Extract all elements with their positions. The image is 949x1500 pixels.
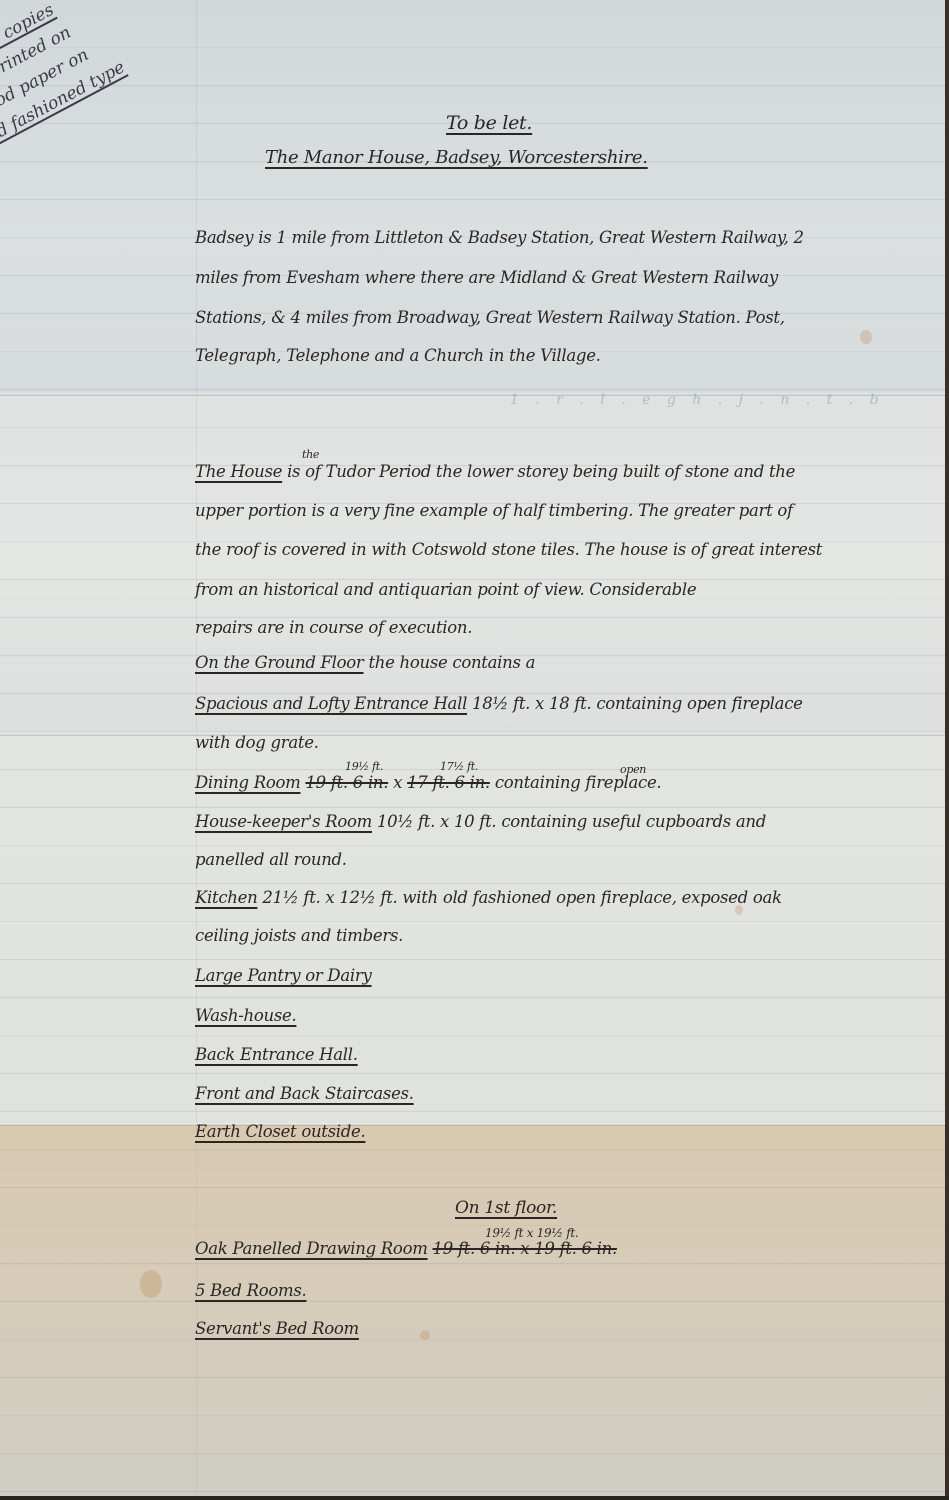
corrected-dimension: 17½ ft. — [440, 760, 478, 773]
document-title: To be let. — [446, 112, 532, 134]
room-detail: 18½ ft. x 18 ft. containing open firepla… — [467, 694, 803, 713]
room-earth-closet: Earth Closet outside. — [195, 1122, 365, 1141]
first-floor-heading: On 1st floor. — [455, 1198, 557, 1218]
letter-sheet: 100 copies to printed on good paper on o… — [0, 0, 949, 1500]
room-pantry: Large Pantry or Dairy — [195, 966, 371, 985]
house-line: the roof is covered in with Cotswold sto… — [195, 540, 822, 559]
room-detail: 10½ ft. x 10 ft. containing useful cupbo… — [372, 812, 766, 831]
corrected-dimensions: 19½ ft x 19½ ft. — [485, 1226, 578, 1240]
faint-bleed-through-text: 1 . r . l . e g h . j . n . t . b — [510, 392, 885, 408]
struck-dimension: 17 ft. 6 in. — [407, 773, 490, 792]
room-name: Oak Panelled Drawing Room — [195, 1239, 428, 1258]
room-staircases: Front and Back Staircases. — [195, 1084, 414, 1103]
room-back-entrance: Back Entrance Hall. — [195, 1045, 358, 1064]
room-wash-house: Wash-house. — [195, 1006, 296, 1025]
location-line: miles from Evesham where there are Midla… — [195, 268, 778, 287]
struck-dimensions: 19 ft. 6 in. x 19 ft. 6 in. — [433, 1239, 617, 1258]
insert-the: the — [302, 448, 319, 461]
location-line: Telegraph, Telephone and a Church in the… — [195, 346, 601, 365]
room-name: Kitchen — [195, 888, 257, 907]
location-line: Stations, & 4 miles from Broadway, Great… — [195, 308, 785, 327]
room-entrance-hall: Spacious and Lofty Entrance Hall 18½ ft.… — [195, 694, 803, 713]
foxing-stain — [140, 1270, 162, 1298]
foxing-stain — [860, 330, 872, 344]
page-edge-right — [945, 0, 949, 1500]
room-housekeepers: House-keeper's Room 10½ ft. x 10 ft. con… — [195, 812, 766, 831]
fold-crease-2 — [0, 733, 945, 736]
room-continuation: panelled all round. — [195, 850, 347, 869]
room-name: Spacious and Lofty Entrance Hall — [195, 694, 467, 713]
room-detail: containing fireplace. — [490, 773, 662, 792]
house-line: upper portion is a very fine example of … — [195, 501, 793, 520]
room-bed-rooms: 5 Bed Rooms. — [195, 1281, 307, 1300]
corrected-dimension: 19½ ft. — [345, 760, 383, 773]
location-line: Badsey is 1 mile from Littleton & Badsey… — [195, 228, 804, 247]
room-name: House-keeper's Room — [195, 812, 372, 831]
room-detail: 21½ ft. x 12½ ft. with old fashioned ope… — [257, 888, 781, 907]
room-servants-bed-room: Servant's Bed Room — [195, 1319, 359, 1338]
ground-floor-intro: On the Ground Floor the house contains a — [195, 653, 535, 672]
room-continuation: ceiling joists and timbers. — [195, 926, 403, 945]
room-kitchen: Kitchen 21½ ft. x 12½ ft. with old fashi… — [195, 888, 782, 907]
house-line-1: The House is of Tudor Period the lower s… — [195, 462, 795, 481]
ground-floor-heading: On the Ground Floor — [195, 653, 364, 672]
document-subtitle: The Manor House, Badsey, Worcestershire. — [265, 147, 648, 168]
house-line-text: is of Tudor Period the lower storey bein… — [282, 462, 795, 481]
ground-floor-intro-rest: the house contains a — [364, 653, 536, 672]
room-name: Dining Room — [195, 773, 300, 792]
room-dining: Dining Room 19 ft. 6 in. x 17 ft. 6 in. … — [195, 773, 661, 792]
fold-crease-3 — [0, 1123, 945, 1126]
house-line: from an historical and antiquarian point… — [195, 580, 696, 599]
house-line: repairs are in course of execution. — [195, 618, 472, 637]
room-continuation: with dog grate. — [195, 733, 319, 752]
page-edge-bottom — [0, 1496, 949, 1500]
room-drawing-room: Oak Panelled Drawing Room 19 ft. 6 in. x… — [195, 1239, 617, 1258]
house-lead: The House — [195, 462, 282, 481]
struck-dimension: 19 ft. 6 in. — [305, 773, 388, 792]
foxing-stain — [420, 1330, 430, 1340]
